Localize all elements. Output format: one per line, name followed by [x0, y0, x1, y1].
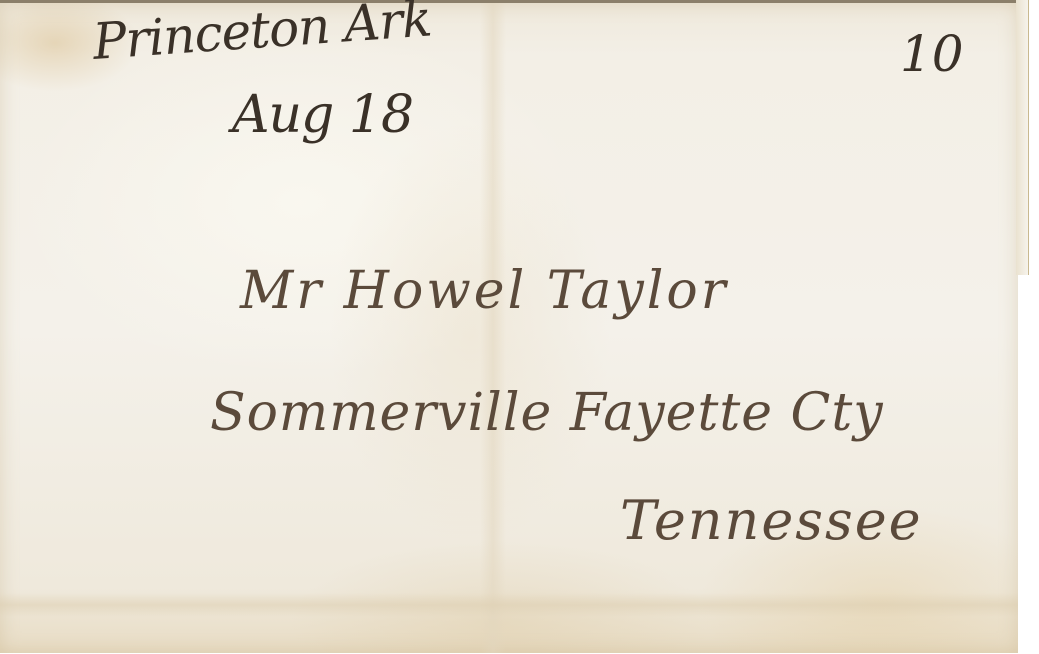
postmark-date: Aug 18: [232, 85, 413, 145]
vertical-fold-crease: [480, 3, 506, 653]
horizontal-fold-crease: [0, 593, 1018, 617]
postmark-origin: Princeton Ark: [91, 0, 433, 71]
addressee-name: Mr Howel Taylor: [240, 261, 729, 321]
paper-edge-flap: [1016, 0, 1029, 275]
address-town-county: Sommerville Fayette Cty: [210, 383, 884, 443]
postage-rate: 10: [900, 25, 964, 83]
letter-cover: Princeton Ark Aug 18 10 Mr Howel Taylor …: [0, 0, 1018, 653]
address-state: Tennessee: [620, 489, 923, 552]
